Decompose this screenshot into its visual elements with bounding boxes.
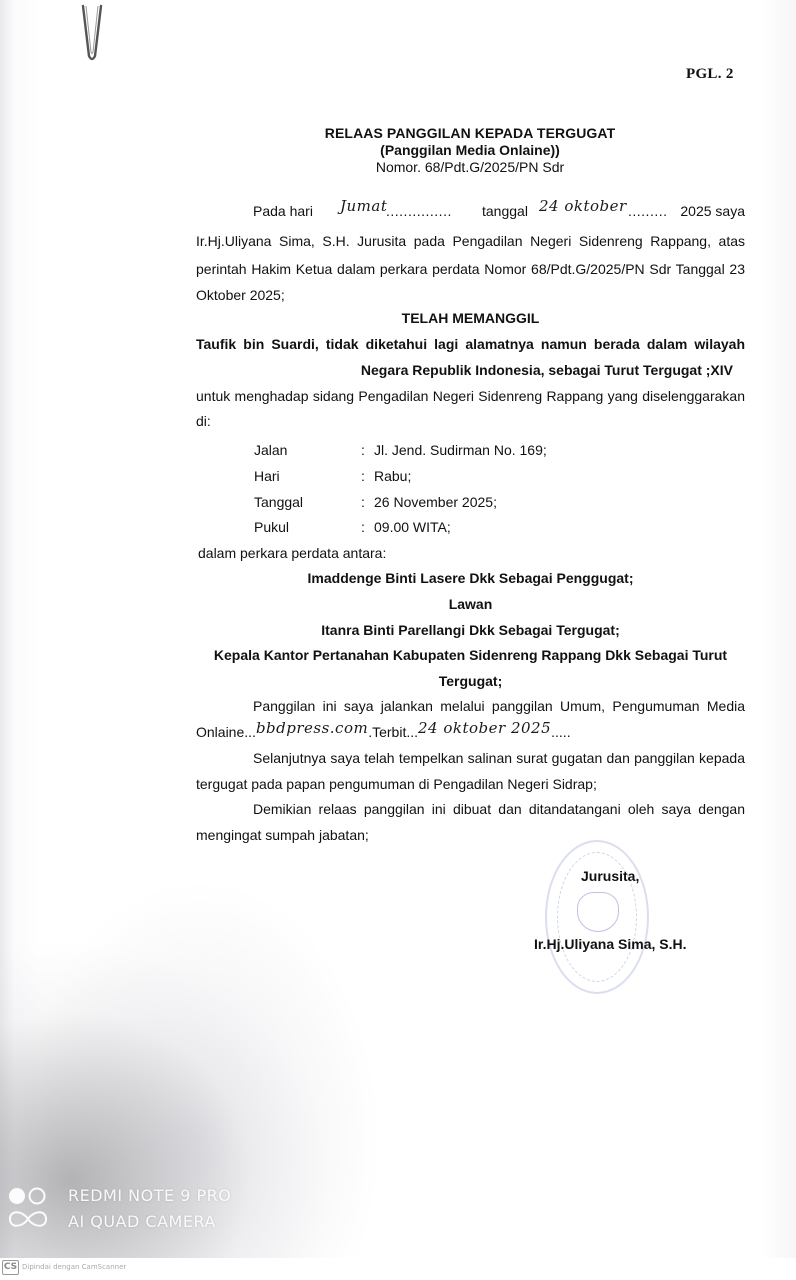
- closing-p2-line-1: Selanjutnya saya telah tempelkan salinan…: [196, 750, 745, 766]
- plaintiff: Imaddenge Binti Lasere Dkk Sebagai Pengg…: [196, 570, 745, 586]
- hearing-separator: :: [361, 468, 365, 484]
- hearing-value: 09.00 WITA;: [374, 519, 451, 535]
- camera-watermark: REDMI NOTE 9 PRO AI QUAD CAMERA: [8, 1186, 268, 1246]
- hearing-value: 26 November 2025;: [374, 494, 497, 510]
- opening-line-3: perintah Hakim Ketua dalam perkara perda…: [196, 261, 745, 277]
- terbit-label: .Terbit...: [368, 724, 418, 740]
- closing-p2-line-2: tergugat pada papan pengumuman di Pengad…: [196, 776, 745, 792]
- tanggal-label: tanggal: [482, 203, 528, 219]
- closing-p3-line-1: Demikian relaas panggilan ini dibuat dan…: [196, 801, 745, 817]
- watermark-line-1: REDMI NOTE 9 PRO: [68, 1186, 231, 1205]
- parties-intro: dalam perkara perdata antara:: [198, 545, 747, 561]
- tanggal-handwritten: 24 oktober: [539, 198, 627, 214]
- party-line-2: Negara Republik Indonesia, sebagai Turut…: [196, 362, 745, 378]
- closing-p3-line-2: mengingat sumpah jabatan;: [196, 827, 745, 843]
- closing-p1-line-1: Panggilan ini saya jalankan melalui pang…: [196, 698, 745, 714]
- versus: Lawan: [196, 596, 745, 612]
- purpose-line-2: di:: [196, 413, 745, 429]
- year-saya: 2025 saya: [680, 203, 745, 219]
- co-defendant-line-2: Tergugat;: [196, 673, 745, 689]
- camscanner-logo-icon: CS: [2, 1260, 19, 1275]
- purpose-line-1: untuk menghadap sidang Pengadilan Negeri…: [196, 388, 745, 404]
- scanner-text: Dipindai dengan CamScanner: [22, 1263, 126, 1271]
- hari-handwritten: Jumat: [340, 198, 387, 214]
- hearing-label: Tanggal: [254, 494, 364, 510]
- hari-dots: ...............: [386, 203, 452, 219]
- signature-role: Jurusita,: [581, 868, 639, 884]
- onlaine-label: Onlaine...: [196, 724, 256, 740]
- hearing-separator: :: [361, 519, 365, 535]
- watermark-line-2: AI QUAD CAMERA: [68, 1212, 216, 1231]
- pada-hari-label: Pada hari: [253, 203, 313, 219]
- co-defendant-line-1: Kepala Kantor Pertanahan Kabupaten Siden…: [196, 647, 745, 663]
- trailing-dots: .....: [551, 724, 570, 740]
- summons-heading: TELAH MEMANGGIL: [196, 310, 745, 326]
- court-stamp: [545, 840, 649, 994]
- case-number: Nomor. 68/Pdt.G/2025/PN Sdr: [196, 159, 744, 175]
- paper-clip-icon: [80, 4, 104, 62]
- hearing-value: Jl. Jend. Sudirman No. 169;: [374, 442, 547, 458]
- hearing-separator: :: [361, 442, 365, 458]
- media-handwritten: bbdpress.com: [256, 719, 368, 737]
- tanggal-dots: .........: [628, 203, 668, 219]
- stamp-emblem-icon: [577, 892, 619, 932]
- party-line-1: Taufik bin Suardi, tidak diketahui lagi …: [196, 336, 745, 352]
- hearing-separator: :: [361, 494, 365, 510]
- document-subtitle: (Panggilan Media Onlaine)): [196, 142, 744, 158]
- scanner-footer: CS Dipindai dengan CamScanner: [0, 1258, 796, 1280]
- signature-name: Ir.Hj.Uliyana Sima, S.H.: [534, 936, 687, 952]
- hearing-label: Jalan: [254, 442, 364, 458]
- quad-camera-logo-icon: [8, 1186, 48, 1230]
- page-code: PGL. 2: [686, 66, 734, 83]
- opening-line-4: Oktober 2025;: [196, 287, 745, 303]
- terbit-date-handwritten: 24 oktober 2025: [418, 719, 551, 737]
- opening-line-2: Ir.Hj.Uliyana Sima, S.H. Jurusita pada P…: [196, 233, 745, 249]
- document-title: RELAAS PANGGILAN KEPADA TERGUGAT: [196, 125, 744, 141]
- hearing-value: Rabu;: [374, 468, 411, 484]
- hearing-label: Pukul: [254, 519, 364, 535]
- hearing-label: Hari: [254, 468, 364, 484]
- closing-p1-line-2: Onlaine...bbdpress.com.Terbit...24 oktob…: [196, 724, 745, 740]
- defendant: Itanra Binti Parellangi Dkk Sebagai Terg…: [196, 622, 745, 638]
